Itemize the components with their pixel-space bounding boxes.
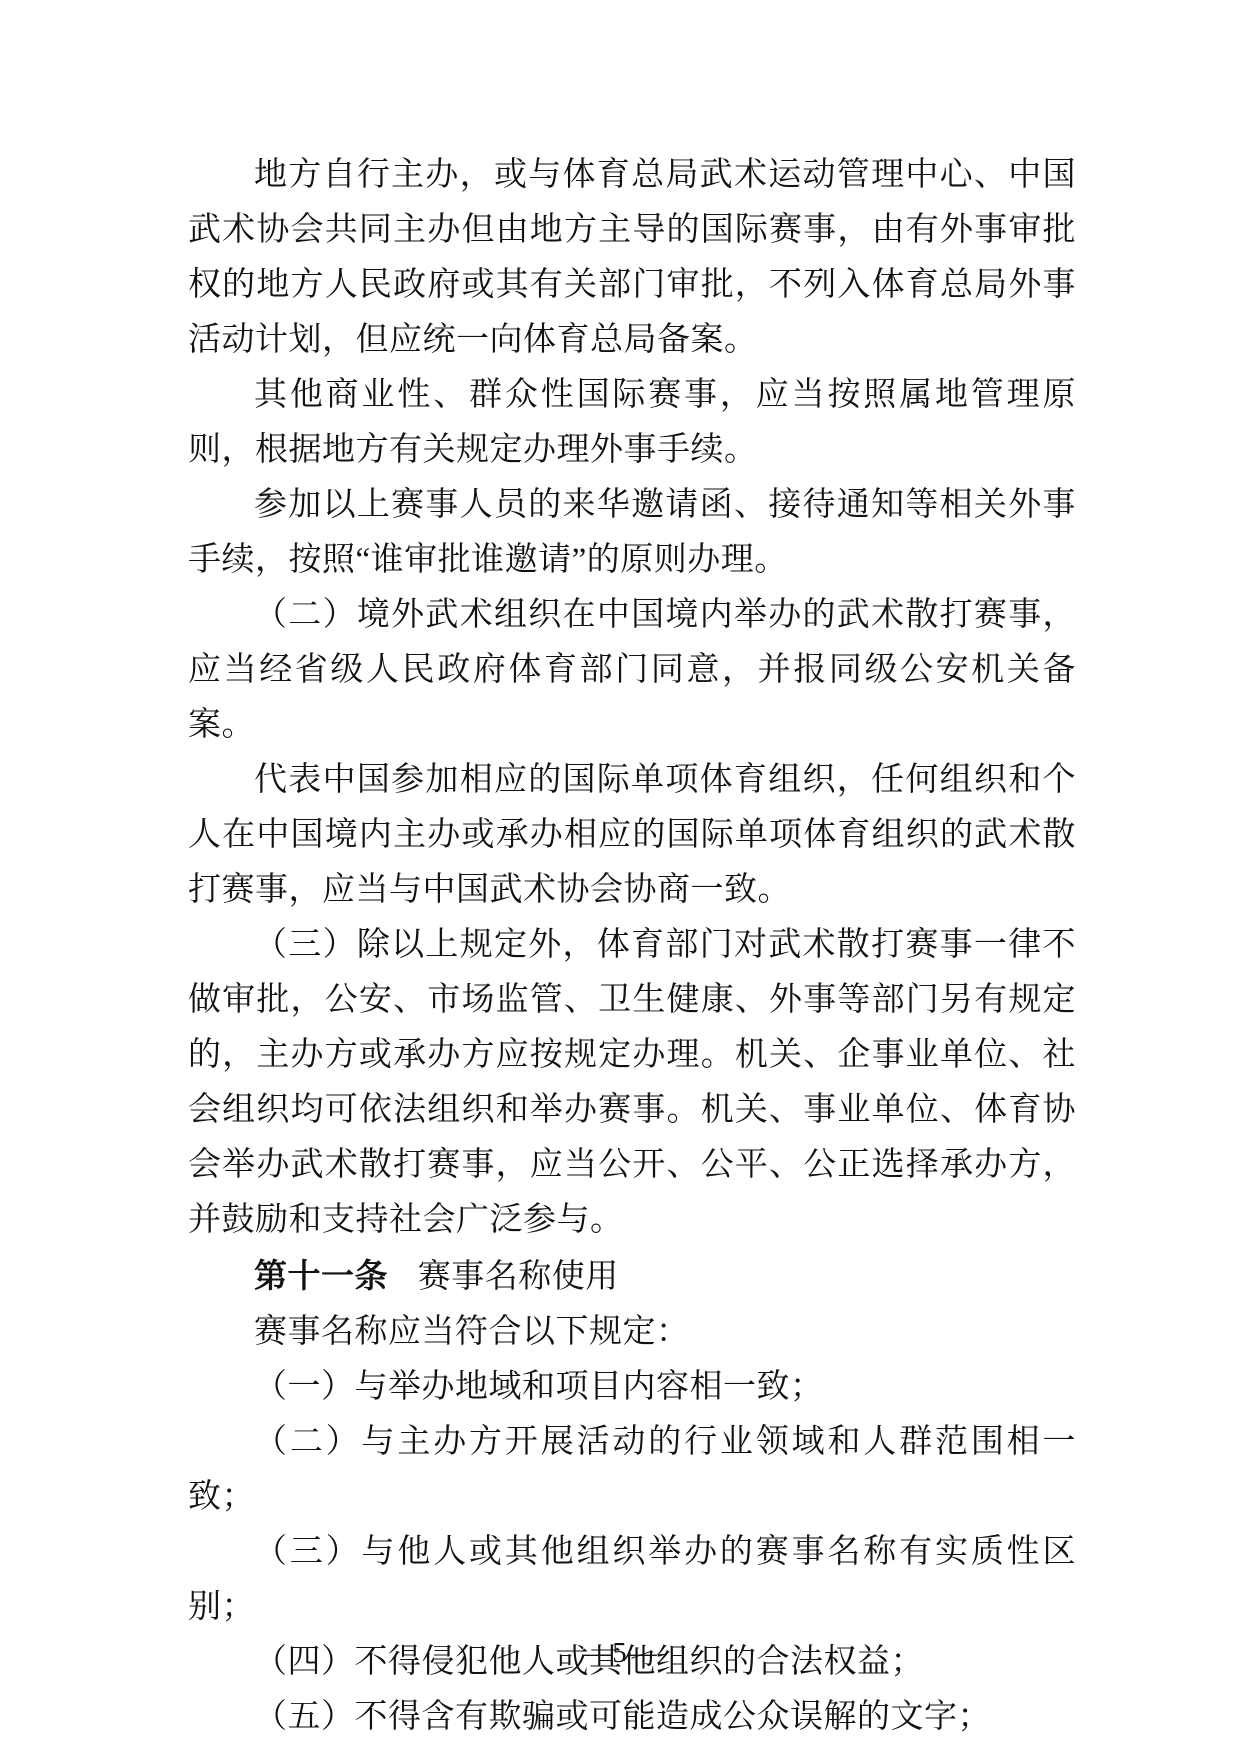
- paragraph-item-3-no-approval: （三）除以上规定外，体育部门对武术散打赛事一律不做审批，公安、市场监管、卫生健康…: [188, 918, 1076, 1248]
- rule-item-3: （三）与他人或其他组织举办的赛事名称有实质性区别；: [188, 1525, 1076, 1635]
- paragraph-invitation-procedures: 参加以上赛事人员的来华邀请函、接待通知等相关外事手续，按照“谁审批谁邀请”的原则…: [188, 478, 1076, 588]
- paragraph-other-commercial-events: 其他商业性、群众性国际赛事，应当按照属地管理原则，根据地方有关规定办理外事手续。: [188, 368, 1076, 478]
- article-heading: 第十一条赛事名称使用: [188, 1248, 1076, 1305]
- paragraph-item-2-overseas-organizations: （二）境外武术组织在中国境内举办的武术散打赛事，应当经省级人民政府体育部门同意，…: [188, 588, 1076, 753]
- page-number: —5—: [582, 1637, 658, 1669]
- page-footer: —5—: [0, 1636, 1240, 1670]
- paragraph-international-federation: 代表中国参加相应的国际单项体育组织，任何组织和个人在中国境内主办或承办相应的国际…: [188, 753, 1076, 918]
- document-page: 地方自行主办，或与体育总局武术运动管理中心、中国武术协会共同主办但由地方主导的国…: [0, 0, 1240, 1754]
- rule-item-1: （一）与举办地域和项目内容相一致；: [188, 1360, 1076, 1415]
- document-body: 地方自行主办，或与体育总局武术运动管理中心、中国武术协会共同主办但由地方主导的国…: [188, 148, 1076, 1745]
- rules-intro: 赛事名称应当符合以下规定：: [188, 1305, 1076, 1360]
- paragraph-local-hosted-events: 地方自行主办，或与体育总局武术运动管理中心、中国武术协会共同主办但由地方主导的国…: [188, 148, 1076, 368]
- article-title: 赛事名称使用: [418, 1259, 619, 1295]
- rule-item-5: （五）不得含有欺骗或可能造成公众误解的文字；: [188, 1690, 1076, 1745]
- rule-item-2: （二）与主办方开展活动的行业领域和人群范围相一致；: [188, 1415, 1076, 1525]
- article-number: 第十一条: [254, 1257, 388, 1294]
